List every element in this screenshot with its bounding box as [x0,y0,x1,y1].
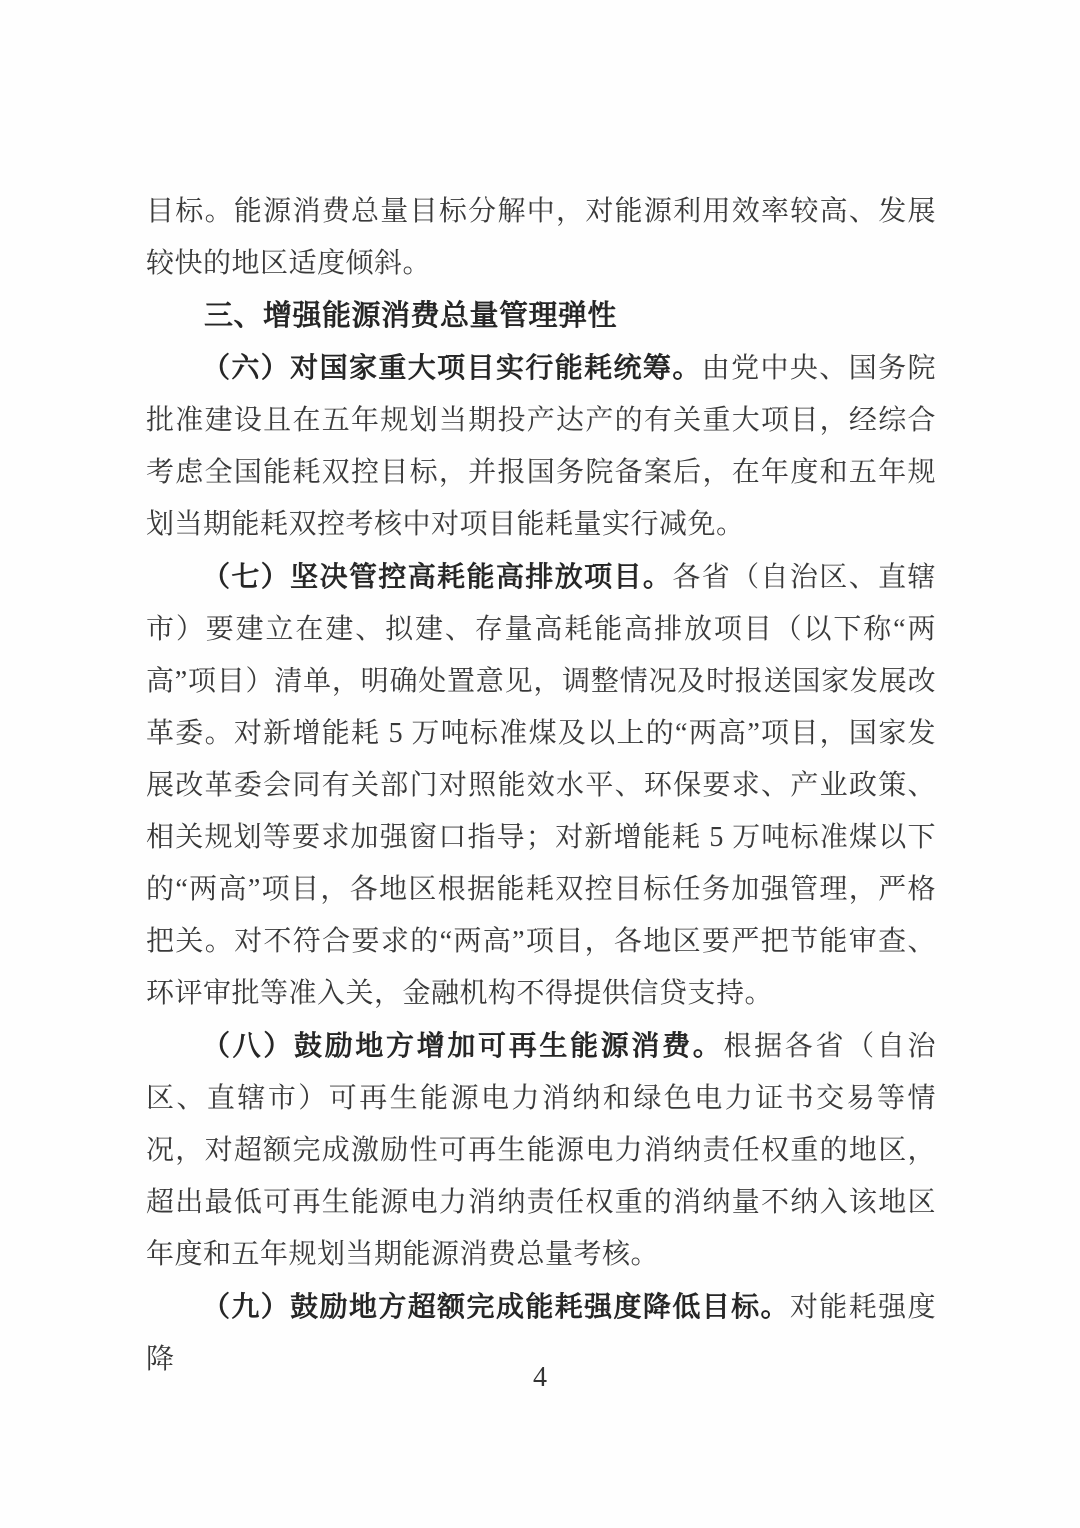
item-seven-lead: （七）坚决管控高耗能高排放项目。 [202,561,672,592]
item-seven-text: 各省（自治区、直辖市）要建立在建、拟建、存量高耗能高排放项目（以下称“两高”项目… [146,562,936,1009]
page-number: 4 [0,1358,1080,1398]
paragraph-continuation: 目标。能源消费总量目标分解中，对能源利用效率较高、发展较快的地区适度倾斜。 [146,186,936,290]
paragraph-item-eight: （八）鼓励地方增加可再生能源消费。根据各省（自治区、直辖市）可再生能源电力消纳和… [146,1020,936,1281]
paragraph-item-seven: （七）坚决管控高耗能高排放项目。各省（自治区、直辖市）要建立在建、拟建、存量高耗… [146,551,936,1020]
item-nine-lead: （九）鼓励地方超额完成能耗强度降低目标。 [202,1291,790,1322]
document-page: 目标。能源消费总量目标分解中，对能源利用效率较高、发展较快的地区适度倾斜。 三、… [146,186,936,1386]
paragraph-item-six: （六）对国家重大项目实行能耗统筹。由党中央、国务院批准建设且在五年规划当期投产达… [146,342,936,551]
item-eight-lead: （八）鼓励地方增加可再生能源消费。 [202,1030,723,1061]
item-six-lead: （六）对国家重大项目实行能耗统筹。 [202,352,702,383]
section-heading: 三、增强能源消费总量管理弹性 [146,290,936,342]
item-eight-text: 根据各省（自治区、直辖市）可再生能源电力消纳和绿色电力证书交易等情况，对超额完成… [146,1031,936,1270]
